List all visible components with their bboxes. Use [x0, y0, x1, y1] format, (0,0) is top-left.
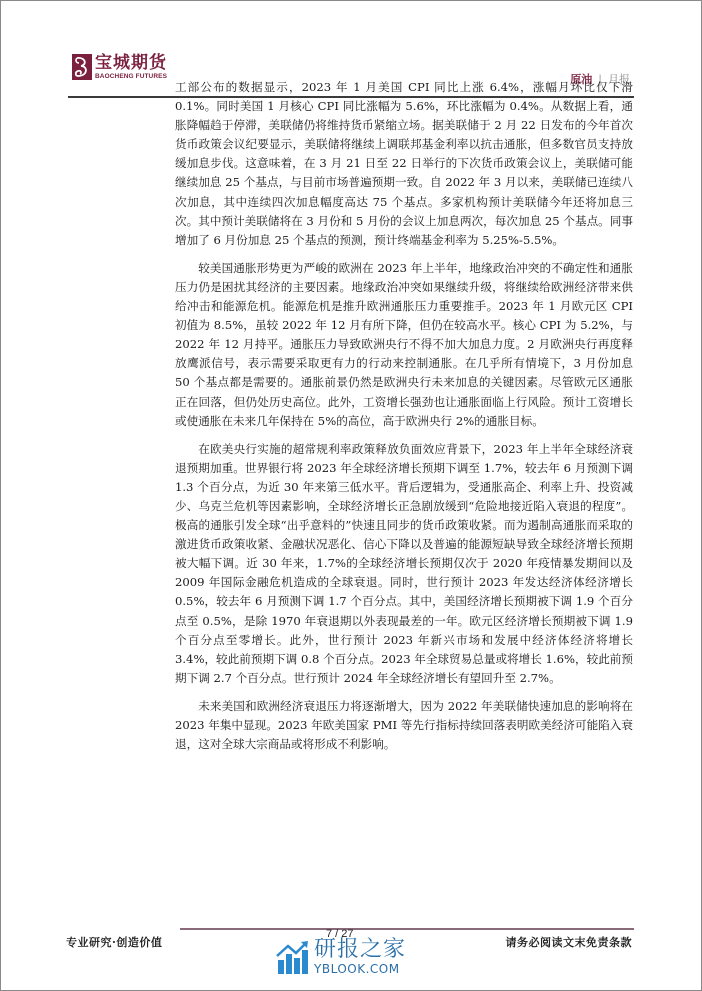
footer-divider [180, 928, 634, 930]
watermark: 研报之家 YBLOOK.COM [276, 938, 406, 976]
paragraph-global-recession: 在欧美央行实施的超常规利率政策释放负面效应背景下，2023 年上半年全球经济衰退… [175, 440, 633, 688]
logo-chinese-name: 宝城期货 [95, 54, 167, 73]
paragraph-outlook: 未来美国和欧洲经济衰退压力将逐渐增大，因为 2022 年美联储快速加息的影响将在… [175, 697, 633, 754]
watermark-english: YBLOOK.COM [314, 962, 406, 976]
footer-disclaimer: 请务必阅读文末免责条款 [506, 934, 633, 950]
footer-slogan: 专业研究·创造价值 [66, 934, 162, 950]
watermark-chinese: 研报之家 [314, 938, 406, 962]
logo-b-icon [72, 54, 92, 80]
logo-english-name: BAOCHENG FUTURES [95, 73, 167, 81]
paragraph-us-inflation: 工部公布的数据显示，2023 年 1 月美国 CPI 同比上涨 6.4%，涨幅月… [175, 78, 633, 250]
company-logo: 宝城期货 BAOCHENG FUTURES [72, 54, 167, 81]
bar-chart-arrow-icon [276, 940, 310, 974]
paragraph-europe-inflation: 较美国通胀形势更为严峻的欧洲在 2023 年上半年，地缘政治冲突的不确定性和通胀… [175, 259, 633, 431]
document-body: 工部公布的数据显示，2023 年 1 月美国 CPI 同比上涨 6.4%，涨幅月… [175, 78, 633, 754]
